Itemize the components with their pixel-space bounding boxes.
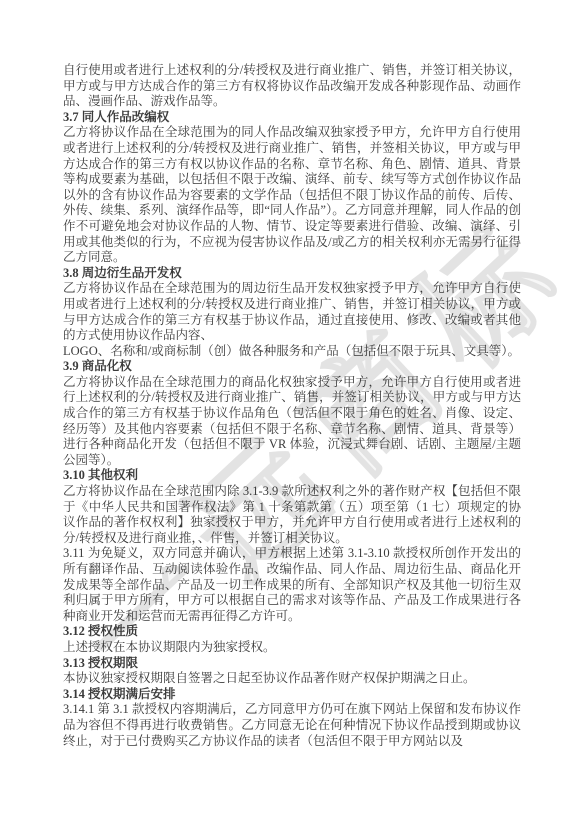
document-page: 一远商标 自行使用或者进行上述权利的分/转授权及进行商业推广、销售，并签订相关协… (0, 0, 580, 820)
section-heading: 3.12 授权性质 (63, 624, 521, 640)
section-heading: 3.8 周边衍生品开发权 (63, 266, 521, 282)
document-body: 自行使用或者进行上述权利的分/转授权及进行商业推广、销售，并签订相关协议，甲方或… (63, 63, 521, 749)
paragraph: 乙方将协议作品在全球范围为的同人作品改编双独家授予甲方，允许甲方自行使用或者进行… (63, 125, 521, 265)
section-heading: 3.9 商品化权 (63, 359, 521, 375)
section-heading: 3.7 同人作品改编权 (63, 110, 521, 126)
section-heading: 3.14 授权期满后安排 (63, 687, 521, 703)
paragraph: 自行使用或者进行上述权利的分/转授权及进行商业推广、销售，并签订相关协议，甲方或… (63, 63, 521, 110)
paragraph: 乙方将协议作品在全球范围内除 3.1-3.9 款所述权利之外的著作财产权【包括但… (63, 484, 521, 546)
paragraph: 本协议独家授权期限自签署之日起至协议作品著作财产权保护期满之日止。 (63, 671, 521, 687)
paragraph: LOGO、名称和/或商标制（创）做各种服务和产品（包括但不限于玩具、文具等）。 (63, 344, 521, 360)
paragraph: 乙方将协议作品在全球范围力的商品化权独家授予甲方，允许甲方自行使用或者进行上述权… (63, 375, 521, 469)
section-heading: 3.10 其他权利 (63, 468, 521, 484)
paragraph: 乙方将协议作品在全球范围为的周边衍生品开发权独家授予甲方，允许甲方自行使用或者进… (63, 281, 521, 343)
paragraph: 3.11 为免疑义，双方同意并确认，甲方根据上述第 3.1-3.10 款授权所创… (63, 546, 521, 624)
section-heading: 3.13 授权期限 (63, 656, 521, 672)
paragraph: 上述授权在本协议期限内为独家授权。 (63, 640, 521, 656)
paragraph: 3.14.1 第 3.1 款授权内容期满后，乙方同意甲方仍可在旗下网站上保留和发… (63, 702, 521, 749)
